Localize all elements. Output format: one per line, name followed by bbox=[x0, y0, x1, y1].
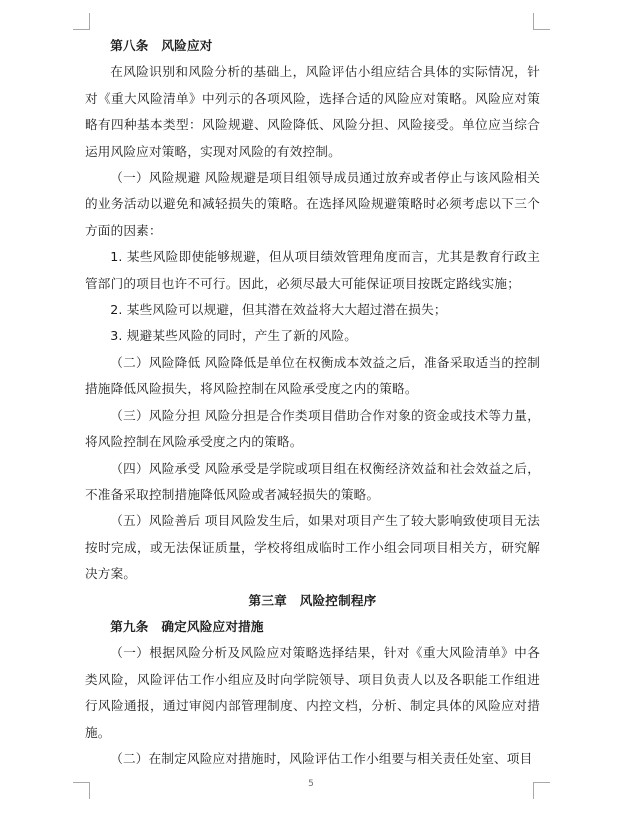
risk-sharing-paragraph: （三）风险分担 风险分担是合作类项目借助合作对象的资金或技术等力量，将风险控制在… bbox=[85, 403, 540, 456]
crop-mark-top-left-icon bbox=[73, 13, 90, 30]
chapter-3-heading: 第三章 风险控制程序 bbox=[85, 588, 540, 614]
article-9-item-1: （一）根据风险分析及风险应对策略选择结果，针对《重大风险清单》中各类风险，风险评… bbox=[85, 640, 540, 746]
article-9-item-2: （二）在制定风险应对措施时，风险评估工作小组要与相关责任处室、项目 bbox=[85, 746, 540, 772]
crop-mark-top-right-icon bbox=[533, 13, 550, 30]
risk-acceptance-paragraph: （四）风险承受 风险承受是学院或项目组在权衡经济效益和社会效益之后，不准备采取控… bbox=[85, 456, 540, 509]
article-9-heading: 第九条 确定风险应对措施 bbox=[85, 614, 540, 640]
text-area: 第八条 风险应对 在风险识别和风险分析的基础上，风险评估小组应结合具体的实际情况… bbox=[85, 33, 540, 772]
risk-avoidance-paragraph: （一）风险规避 风险规避是项目组领导成员通过放弃或者停止与该风险相关的业务活动以… bbox=[85, 165, 540, 244]
page-number: 5 bbox=[0, 779, 622, 789]
risk-aftermath-paragraph: （五）风险善后 项目风险发生后，如果对项目产生了较大影响致使项目无法按时完成，或… bbox=[85, 508, 540, 587]
document-page: 第八条 风险应对 在风险识别和风险分析的基础上，风险评估小组应结合具体的实际情况… bbox=[0, 0, 622, 839]
avoidance-factor-1: 1. 某些风险即使能够规避，但从项目绩效管理角度而言，尤其是教育行政主管部门的项… bbox=[85, 244, 540, 297]
article-8-heading: 第八条 风险应对 bbox=[85, 33, 540, 59]
avoidance-factor-3: 3. 规避某些风险的同时，产生了新的风险。 bbox=[85, 323, 540, 349]
article-8-intro-paragraph: 在风险识别和风险分析的基础上，风险评估小组应结合具体的实际情况，针对《重大风险清… bbox=[85, 59, 540, 165]
avoidance-factor-2: 2. 某些风险可以规避，但其潜在效益将大大超过潜在损失； bbox=[85, 297, 540, 323]
risk-reduction-paragraph: （二）风险降低 风险降低是单位在权衡成本效益之后，准备采取适当的控制措施降低风险… bbox=[85, 350, 540, 403]
